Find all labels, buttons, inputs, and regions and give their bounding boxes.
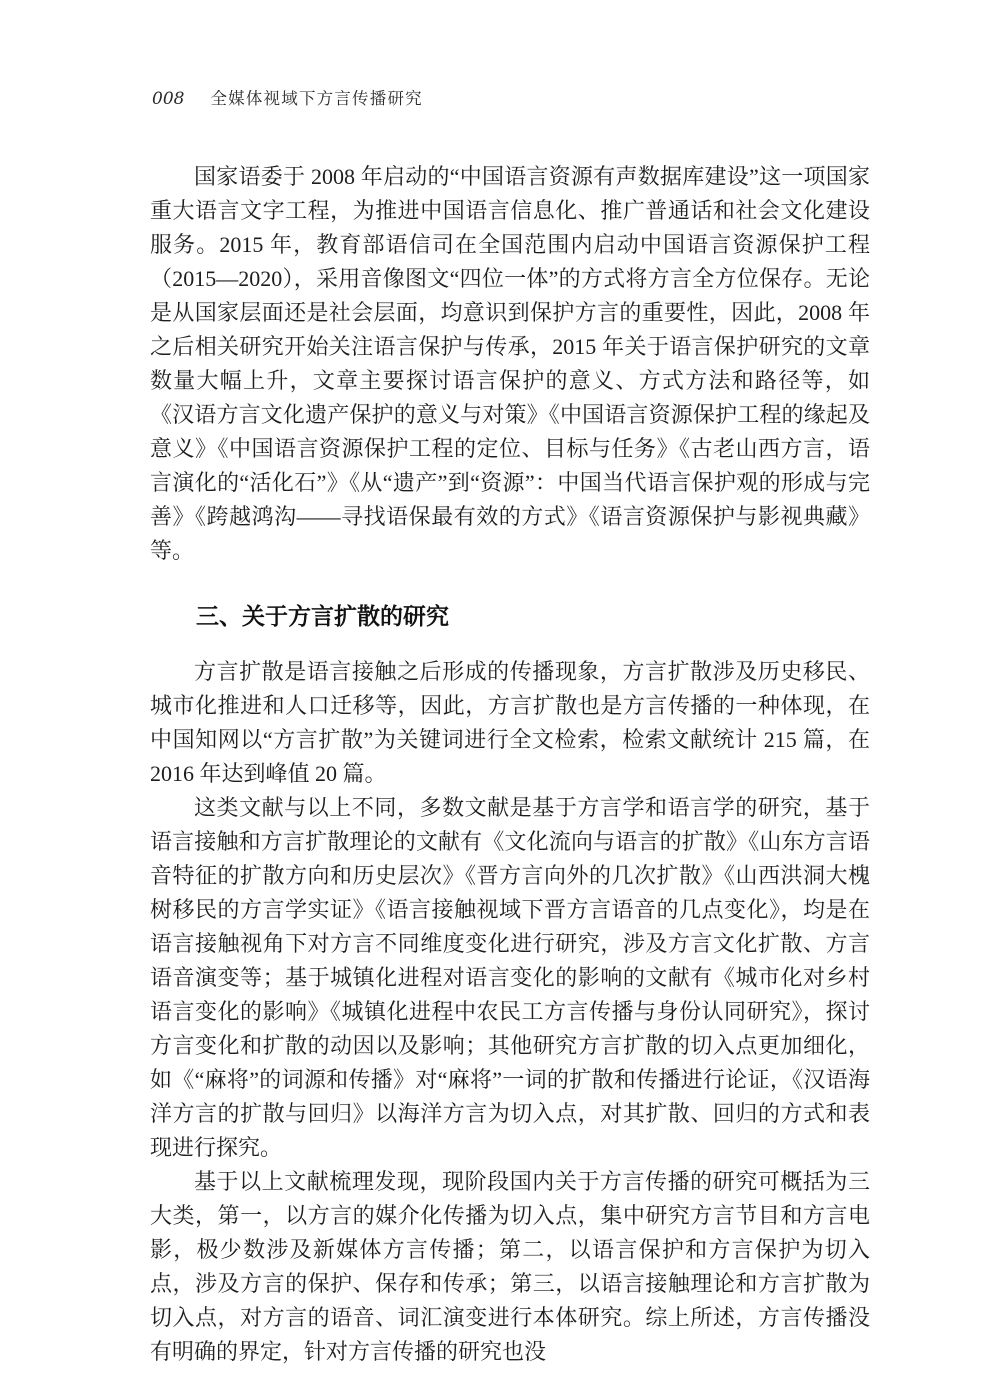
paragraph-dialect-diffusion-intro: 方言扩散是语言接触之后形成的传播现象，方言扩散涉及历史移民、城市化推进和人口迁移…: [150, 655, 870, 791]
page-header: 008 全媒体视域下方言传播研究: [152, 85, 423, 109]
paragraph-summary-three-categories: 基于以上文献梳理发现，现阶段国内关于方言传播的研究可概括为三大类，第一，以方言的…: [150, 1165, 870, 1369]
running-title: 全媒体视域下方言传播研究: [210, 85, 422, 109]
page-number: 008: [152, 89, 184, 109]
paragraph-dialect-diffusion-literature: 这类文献与以上不同，多数文献是基于方言学和语言学的研究，基于语言接触和方言扩散理…: [150, 791, 870, 1165]
paragraph-language-preservation: 国家语委于 2008 年启动的“中国语言资源有声数据库建设”这一项国家重大语言文…: [150, 160, 870, 568]
book-page: 008 全媒体视域下方言传播研究 国家语委于 2008 年启动的“中国语言资源有…: [0, 0, 998, 1395]
section-heading: 三、关于方言扩散的研究: [150, 600, 870, 634]
body-text: 国家语委于 2008 年启动的“中国语言资源有声数据库建设”这一项国家重大语言文…: [150, 160, 870, 1369]
